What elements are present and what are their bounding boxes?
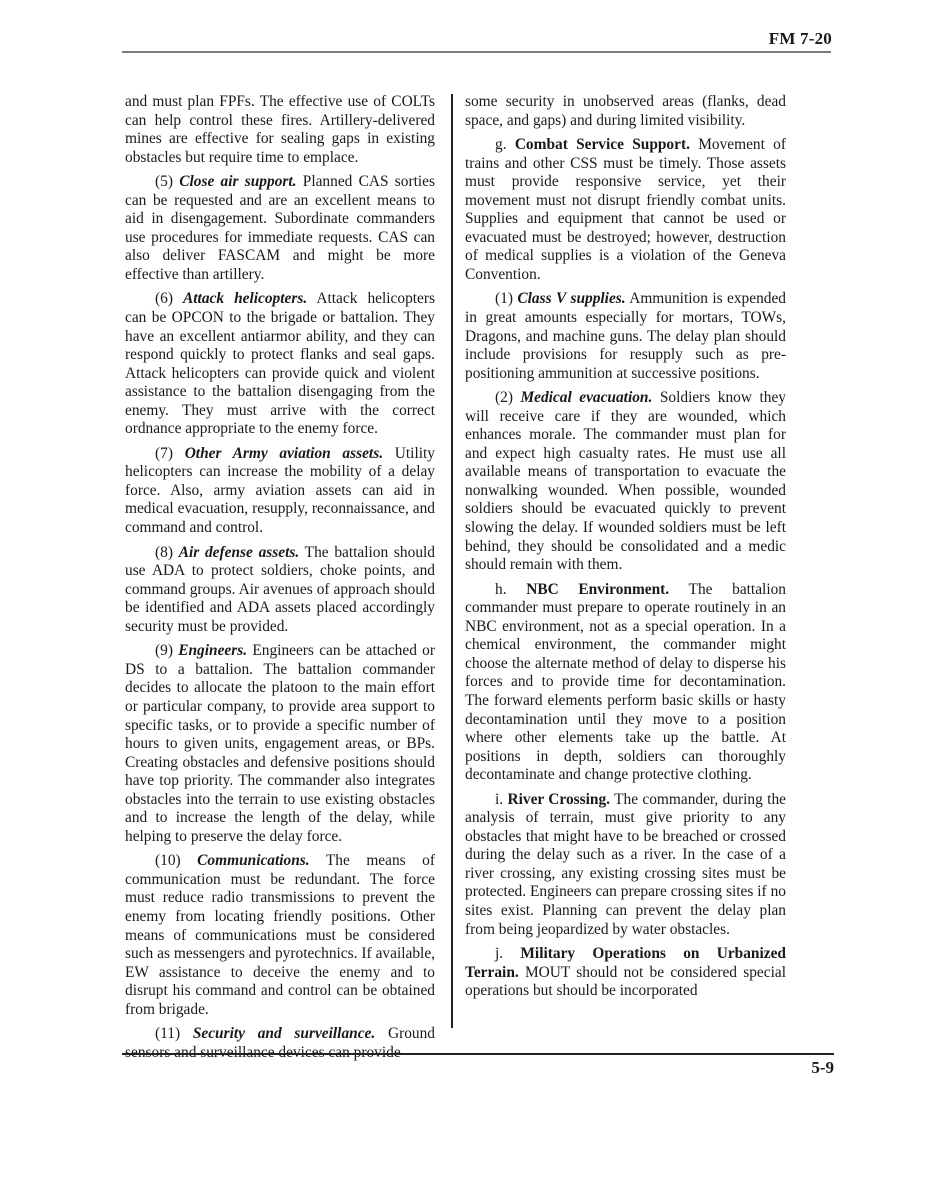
paragraph-text: Soldiers know they will receive care if … bbox=[465, 389, 786, 573]
paragraph-heading: Medical evacuation. bbox=[520, 389, 652, 406]
paragraph-heading: Class V supplies. bbox=[517, 290, 625, 307]
paragraph-text: some security in unobserved areas (flank… bbox=[465, 93, 786, 129]
paragraph-number: (6) bbox=[155, 290, 173, 307]
paragraph-other-army-aviation: (7) Other Army aviation assets. Utility … bbox=[125, 445, 435, 538]
paragraph-text: and must plan FPFs. The effective use of… bbox=[125, 93, 435, 166]
paragraph-air-defense-assets: (8) Air defense assets. The battalion sh… bbox=[125, 544, 435, 637]
manual-id: FM 7-20 bbox=[769, 29, 832, 49]
paragraph-continuation: some security in unobserved areas (flank… bbox=[465, 93, 786, 130]
paragraph-number: (10) bbox=[155, 852, 181, 869]
paragraph-number: i. bbox=[495, 791, 503, 808]
paragraph-mout: j. Military Operations on Urbanized Terr… bbox=[465, 945, 786, 1001]
paragraph-number: (8) bbox=[155, 544, 173, 561]
paragraph-number: (9) bbox=[155, 642, 173, 659]
paragraph-text: The means of communication must be redun… bbox=[125, 852, 435, 1017]
paragraph-medical-evacuation: (2) Medical evacuation. Soldiers know th… bbox=[465, 389, 786, 574]
paragraph-number: j. bbox=[495, 945, 503, 962]
paragraph-heading: Air defense assets. bbox=[179, 544, 300, 561]
paragraph-heading: Close air support. bbox=[179, 173, 296, 190]
footer-rule bbox=[122, 1053, 834, 1055]
right-column: some security in unobserved areas (flank… bbox=[465, 93, 786, 1007]
paragraph-heading: Engineers. bbox=[178, 642, 247, 659]
paragraph-heading: Other Army aviation assets. bbox=[185, 445, 383, 462]
paragraph-heading: Attack helicopters. bbox=[183, 290, 307, 307]
paragraph-number: h. bbox=[495, 581, 507, 598]
paragraph-number: (11) bbox=[155, 1025, 180, 1042]
paragraph-continuation: and must plan FPFs. The effective use of… bbox=[125, 93, 435, 167]
paragraph-security-surveillance: (11) Security and surveillance. Ground s… bbox=[125, 1025, 435, 1062]
paragraph-heading: River Crossing. bbox=[507, 791, 610, 808]
paragraph-number: (5) bbox=[155, 173, 173, 190]
paragraph-attack-helicopters: (6) Attack helicopters. Attack helicopte… bbox=[125, 290, 435, 438]
paragraph-river-crossing: i. River Crossing. The commander, during… bbox=[465, 791, 786, 939]
paragraph-number: (7) bbox=[155, 445, 173, 462]
left-column: and must plan FPFs. The effective use of… bbox=[125, 93, 435, 1068]
paragraph-number: g. bbox=[495, 136, 507, 153]
paragraph-heading: Communications. bbox=[197, 852, 309, 869]
paragraph-text: Engineers can be attached or DS to a bat… bbox=[125, 642, 435, 844]
paragraph-number: (2) bbox=[495, 389, 513, 406]
page-number: 5-9 bbox=[811, 1058, 834, 1078]
paragraph-close-air-support: (5) Close air support. Planned CAS sorti… bbox=[125, 173, 435, 284]
paragraph-heading: NBC Environment. bbox=[526, 581, 669, 598]
paragraph-nbc-environment: h. NBC Environment. The battalion comman… bbox=[465, 581, 786, 785]
header-rule bbox=[122, 51, 831, 53]
paragraph-text: Ammunition is expended in great amounts … bbox=[465, 290, 786, 381]
paragraph-text: The battalion commander must prepare to … bbox=[465, 581, 786, 783]
paragraph-text: The commander, during the analysis of te… bbox=[465, 791, 786, 938]
paragraph-number: (1) bbox=[495, 290, 513, 307]
column-divider bbox=[451, 94, 453, 1028]
paragraph-combat-service-support: g. Combat Service Support. Movement of t… bbox=[465, 136, 786, 284]
paragraph-engineers: (9) Engineers. Engineers can be attached… bbox=[125, 642, 435, 846]
paragraph-class-v-supplies: (1) Class V supplies. Ammunition is expe… bbox=[465, 290, 786, 383]
paragraph-heading: Security and surveillance. bbox=[193, 1025, 375, 1042]
paragraph-communications: (10) Communications. The means of commun… bbox=[125, 852, 435, 1019]
paragraph-text: Attack helicopters can be OPCON to the b… bbox=[125, 290, 435, 437]
paragraph-heading: Combat Service Support. bbox=[515, 136, 690, 153]
paragraph-text: Movement of trains and other CSS must be… bbox=[465, 136, 786, 283]
